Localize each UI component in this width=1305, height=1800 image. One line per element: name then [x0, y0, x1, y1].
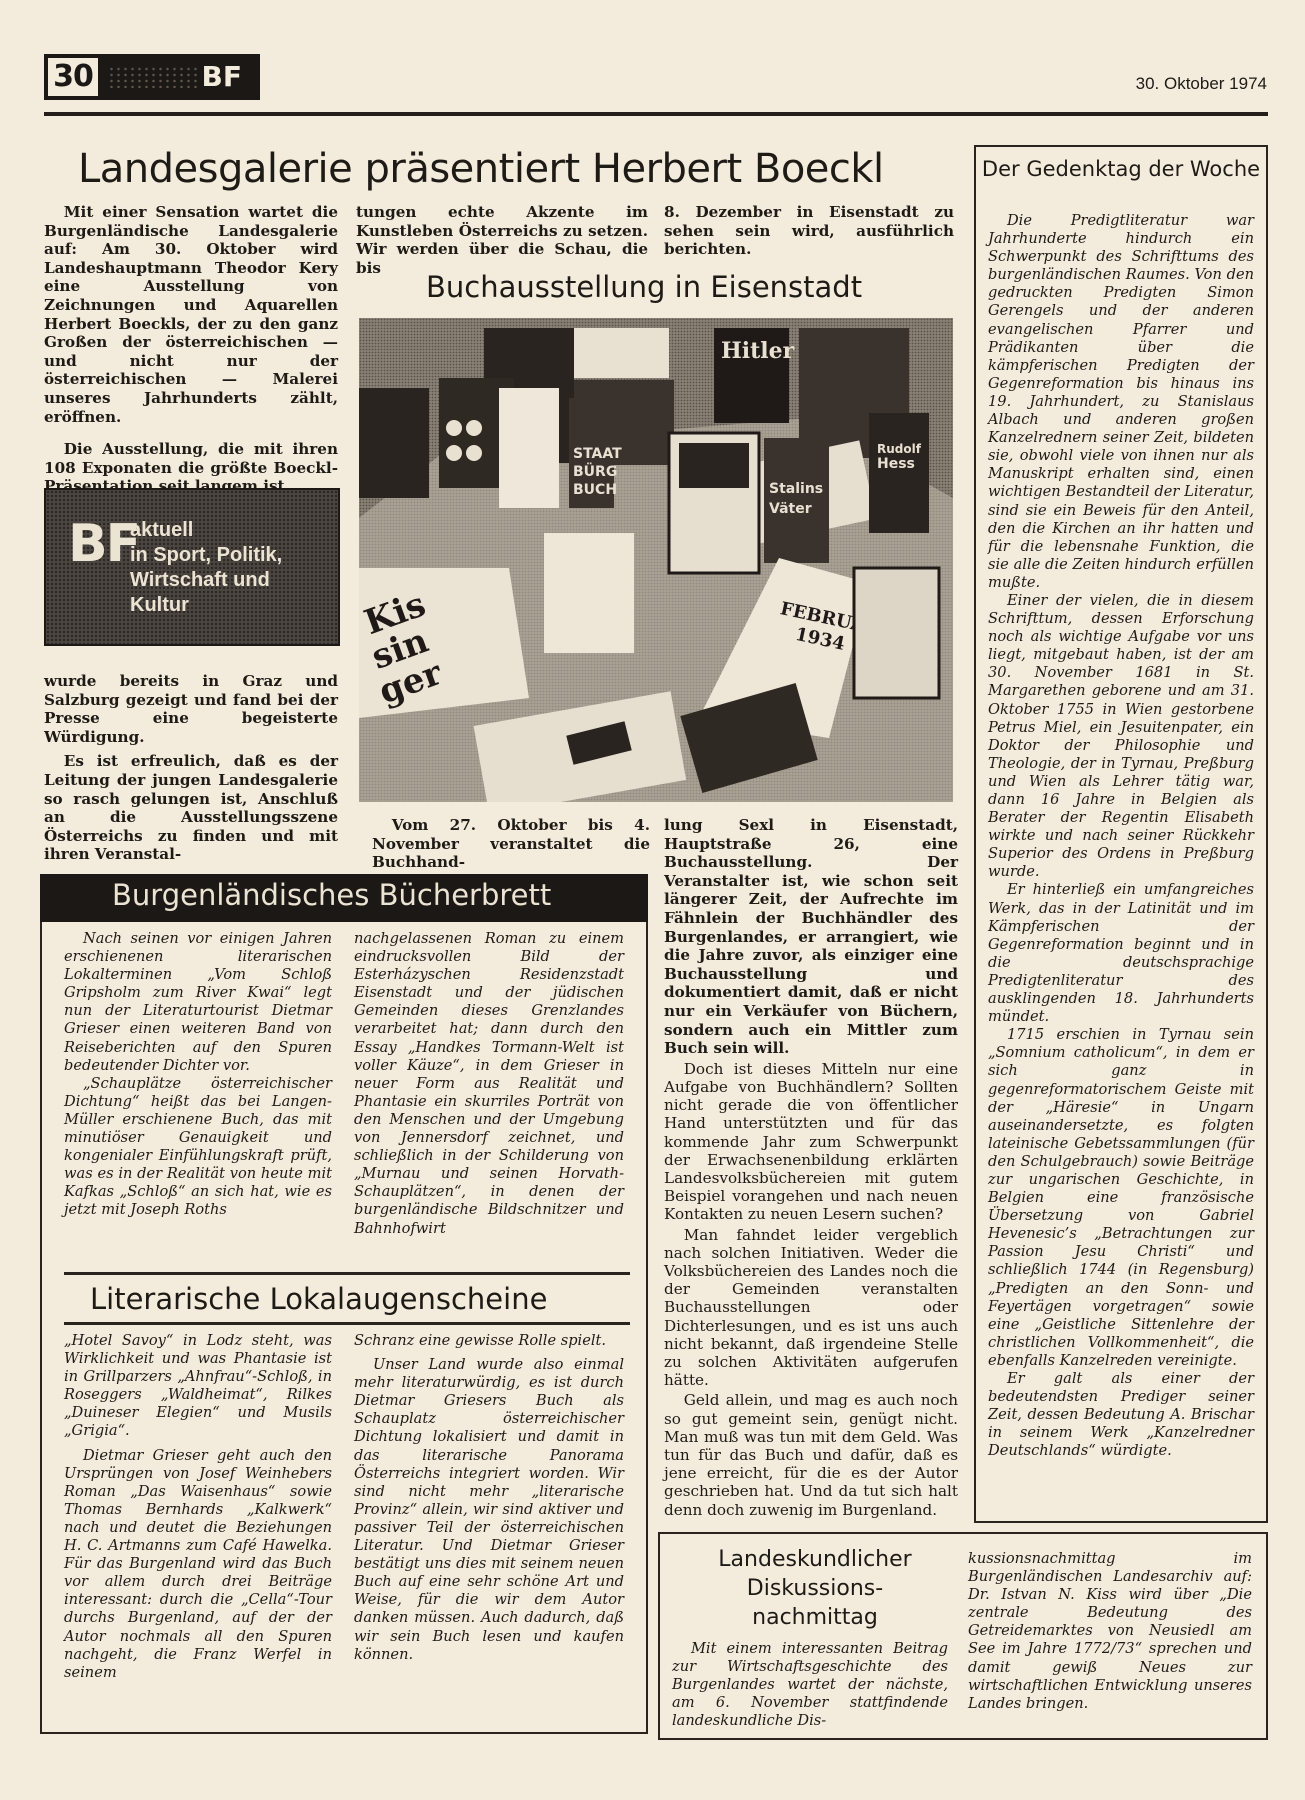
header-rule [44, 112, 1268, 116]
svg-text:Hess: Hess [877, 456, 915, 472]
book-exhibit-column-1: Vom 27. Oktober bis 4. November veransta… [372, 816, 650, 872]
landeskunde-paragraph-2: kussionsnachmittag im Burgenländischen L… [968, 1550, 1252, 1713]
frame-left [40, 922, 42, 1732]
book-exhibit-paragraph-2: lung Sexl in Eisenstadt, Hauptstraße 26,… [664, 816, 958, 1058]
subhead-lokalaugenscheine: Literarische Lokalaugenscheine [90, 1282, 547, 1316]
frame-bottom [40, 1732, 648, 1734]
gedenktag-title: Der Gedenktag der Woche [980, 155, 1262, 183]
boeckl-paragraph-5: tungen echte Akzente im Kunstleben Öster… [356, 203, 648, 277]
svg-text:Väter: Väter [769, 501, 812, 517]
frame-right [646, 922, 648, 1732]
bf-advert-box: BF aktuell in Sport, Politik, Wirtschaft… [44, 488, 340, 646]
buecherbrett-paragraph-1: Nach seinen vor einigen Jahren erschiene… [64, 930, 332, 1075]
gedenktag-body: Die Predigtliteratur war Jahrhunderte hi… [988, 212, 1254, 1460]
book-exhibit-photo: Hitler STAAT BÜRG BUCH Stalins Väter Rud… [359, 318, 953, 802]
headline-buchausstellung: Buchausstellung in Eisenstadt [426, 270, 862, 304]
lokal-paragraph-3: Schranz eine gewisse Rolle spielt. [354, 1332, 624, 1350]
section-label: BF [202, 58, 242, 96]
bf-advert-line: aktuell [130, 518, 282, 543]
boeckl-column-2: tungen echte Akzente im Kunstleben Öster… [356, 203, 648, 277]
bf-advert-text: aktuell in Sport, Politik, Wirtschaft un… [130, 518, 282, 618]
page-number: 30 [48, 58, 98, 96]
gedenktag-paragraph-5: Er galt als einer der bedeutendsten Pred… [988, 1370, 1254, 1460]
svg-text:Hitler: Hitler [721, 338, 795, 364]
boeckl-paragraph-4: Es ist erfreulich, daß es der Leitung de… [44, 752, 338, 864]
svg-text:BUCH: BUCH [573, 482, 617, 498]
svg-text:Stalins: Stalins [769, 481, 823, 497]
bf-logo: BF [68, 518, 139, 570]
boeckl-paragraph-6: 8. Dezember in Eisenstadt zu sehen sein … [664, 203, 954, 259]
svg-text:Rudolf: Rudolf [877, 442, 922, 456]
subhead-rule-top [64, 1272, 630, 1275]
landeskunde-paragraph-1: Mit einem interessanten Beitrag zur Wirt… [672, 1640, 948, 1730]
bf-advert-line: in Sport, Politik, [130, 543, 282, 568]
buecherbrett-column-1: Nach seinen vor einigen Jahren erschiene… [64, 930, 332, 1220]
lokal-column-2: Schranz eine gewisse Rolle spielt. Unser… [354, 1332, 624, 1664]
book-exhibit-column-2: lung Sexl in Eisenstadt, Hauptstraße 26,… [664, 816, 958, 1519]
landeskunde-column-2: kussionsnachmittag im Burgenländischen L… [968, 1550, 1252, 1713]
headline-boeckl: Landesgalerie präsentiert Herbert Boeckl [78, 146, 884, 192]
book-exhibit-paragraph-5: Geld allein, und mag es auch noch so gut… [664, 1391, 958, 1518]
gedenktag-paragraph-3: Er hinterließ ein umfangreiches Werk, da… [988, 881, 1254, 1026]
gedenktag-paragraph-4: 1715 erschien in Tyrnau sein „Somnium ca… [988, 1026, 1254, 1370]
buecherbrett-column-2: nachgelassenen Roman zu einem eindrucksv… [354, 930, 624, 1238]
book-exhibit-paragraph-1: Vom 27. Oktober bis 4. November veransta… [372, 816, 650, 872]
boeckl-paragraph-3: wurde bereits in Graz und Salzburg gezei… [44, 672, 338, 746]
landeskunde-title: Landeskundlicher Diskussions­nachmittag [690, 1545, 940, 1632]
bf-advert-line: Kultur [130, 593, 282, 618]
issue-date: 30. Oktober 1974 [1136, 74, 1267, 94]
lokal-column-1: „Hotel Savoy“ in Lodz steht, was Wirklic… [64, 1332, 332, 1682]
book-display-image: Hitler STAAT BÜRG BUCH Stalins Väter Rud… [359, 318, 953, 802]
buecherbrett-paragraph-2: „Schauplätze österreichischer Dichtung“ … [64, 1075, 332, 1220]
svg-text:BÜRG: BÜRG [573, 462, 617, 480]
masthead-ornament [108, 66, 198, 88]
buecherbrett-title: Burgenländisches Bücherbrett [112, 878, 551, 912]
masthead-logo: 30 BF [44, 54, 260, 100]
boeckl-column-3: 8. Dezember in Eisenstadt zu sehen sein … [664, 203, 954, 259]
gedenktag-paragraph-1: Die Predigtliteratur war Jahrhunderte hi… [988, 212, 1254, 592]
lokal-paragraph-2: Dietmar Grieser geht auch den Ursprüngen… [64, 1447, 332, 1682]
boeckl-paragraph-1: Mit einer Sensation wartet die Burgenlän… [44, 203, 338, 426]
gedenktag-paragraph-2: Einer der vielen, die in diesem Schriftt… [988, 592, 1254, 882]
subhead-rule-bottom [64, 1322, 630, 1325]
landeskunde-column-1: Mit einem interessanten Beitrag zur Wirt… [672, 1640, 948, 1730]
svg-text:STAAT: STAAT [573, 446, 622, 462]
bf-advert-line: Wirtschaft und [130, 568, 282, 593]
boeckl-column-1: Mit einer Sensation wartet die Burgenlän… [44, 203, 338, 496]
lokal-paragraph-4: Unser Land wurde also einmal mehr litera… [354, 1356, 624, 1664]
buecherbrett-paragraph-3: nachgelassenen Roman zu einem eindrucksv… [354, 930, 624, 1238]
lokal-paragraph-1: „Hotel Savoy“ in Lodz steht, was Wirklic… [64, 1332, 332, 1441]
book-exhibit-paragraph-4: Man fahndet leider vergeblich nach solch… [664, 1226, 958, 1390]
buecherbrett-banner: Burgenländisches Bücherbrett [40, 874, 648, 922]
boeckl-column-1-cont: wurde bereits in Graz und Salzburg gezei… [44, 672, 338, 864]
book-exhibit-paragraph-3: Doch ist dieses Mitteln nur eine Aufgabe… [664, 1060, 958, 1224]
